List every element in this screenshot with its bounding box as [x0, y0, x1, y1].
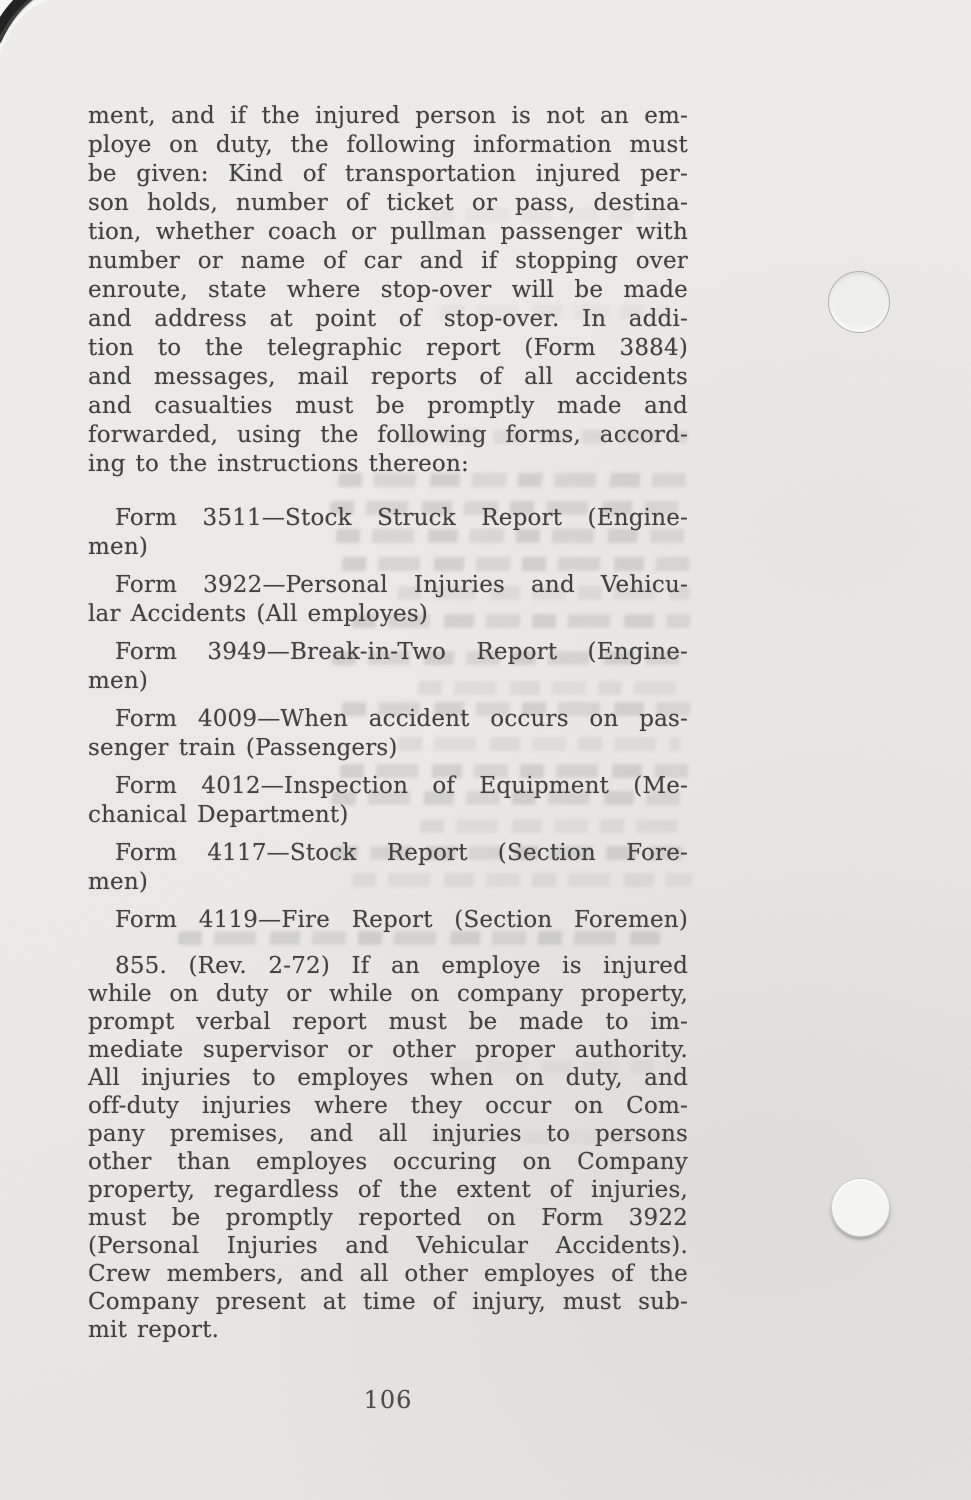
- text-line: tion, whether coach or pullman passenger…: [88, 218, 688, 247]
- text-line: be given: Kind of transportation injured…: [88, 160, 688, 189]
- text-line: senger train (Passengers): [88, 734, 688, 763]
- text-line: Crew members, and all other employes of …: [88, 1260, 688, 1288]
- text-line: must be promptly reported on Form 3922: [88, 1204, 688, 1232]
- text-line: men): [88, 868, 688, 897]
- form-list-item-3511: Form 3511—Stock Struck Report (Engine- m…: [88, 504, 688, 562]
- page-number: 106: [88, 1386, 688, 1414]
- text-line: men): [88, 667, 688, 696]
- form-list-item-3949: Form 3949—Break-in-Two Report (Engine- m…: [88, 638, 688, 696]
- text-line: other than employes occuring on Company: [88, 1148, 688, 1176]
- text-line: Form 3922—Personal Injuries and Vehicu-: [88, 571, 688, 600]
- text-line: Form 4117—Stock Report (Section Fore-: [88, 839, 688, 868]
- text-line: while on duty or while on company proper…: [88, 980, 688, 1008]
- text-line: All injuries to employes when on duty, a…: [88, 1064, 688, 1092]
- text-line: Form 4012—Inspection of Equipment (Me-: [88, 772, 688, 801]
- text-line: off-duty injuries where they occur on Co…: [88, 1092, 688, 1120]
- text-line: (Personal Injuries and Vehicular Acciden…: [88, 1232, 688, 1260]
- text-line: property, regardless of the extent of in…: [88, 1176, 688, 1204]
- text-line: pany premises, and all injuries to perso…: [88, 1120, 688, 1148]
- text-line: Form 3511—Stock Struck Report (Engine-: [88, 504, 688, 533]
- text-line: tion to the telegraphic report (Form 388…: [88, 334, 688, 363]
- paragraph-continuation: ment, and if the injured person is not a…: [88, 102, 688, 479]
- text-line: and address at point of stop-over. In ad…: [88, 305, 688, 334]
- form-list-item-4119: Form 4119—Fire Report (Section Foremen): [88, 906, 688, 935]
- text-line: prompt verbal report must be made to im-: [88, 1008, 688, 1036]
- text-line: enroute, state where stop-over will be m…: [88, 276, 688, 305]
- text-line: ing to the instructions thereon:: [88, 450, 688, 479]
- text-line: and messages, mail reports of all accide…: [88, 363, 688, 392]
- text-line: Company present at time of injury, must …: [88, 1288, 688, 1316]
- text-line: son holds, number of ticket or pass, des…: [88, 189, 688, 218]
- form-list-item-3922: Form 3922—Personal Injuries and Vehicu- …: [88, 571, 688, 629]
- text-line: men): [88, 533, 688, 562]
- text-line: Form 3949—Break-in-Two Report (Engine-: [88, 638, 688, 667]
- text-line: chanical Department): [88, 801, 688, 830]
- form-list-item-4117: Form 4117—Stock Report (Section Fore- me…: [88, 839, 688, 897]
- text-line: 855. (Rev. 2-72) If an employe is injure…: [88, 952, 688, 980]
- text-line: forwarded, using the following forms, ac…: [88, 421, 688, 450]
- punch-hole-top: [828, 271, 890, 333]
- page-curl-corner-icon: [0, 0, 120, 120]
- text-line: Form 4009—When accident occurs on pas-: [88, 705, 688, 734]
- text-line: mediate supervisor or other proper autho…: [88, 1036, 688, 1064]
- form-list-item-4009: Form 4009—When accident occurs on pas- s…: [88, 705, 688, 763]
- scanned-book-page: ment, and if the injured person is not a…: [0, 0, 971, 1500]
- form-list-item-4012: Form 4012—Inspection of Equipment (Me- c…: [88, 772, 688, 830]
- text-line: ment, and if the injured person is not a…: [88, 102, 688, 131]
- text-line: mit report.: [88, 1316, 688, 1344]
- rule-855-paragraph: 855. (Rev. 2-72) If an employe is injure…: [88, 952, 688, 1344]
- text-line: lar Accidents (All employes): [88, 600, 688, 629]
- text-line: number or name of car and if stopping ov…: [88, 247, 688, 276]
- text-column: ment, and if the injured person is not a…: [88, 102, 688, 1344]
- text-line: ploye on duty, the following information…: [88, 131, 688, 160]
- punch-hole-bottom: [831, 1178, 890, 1237]
- text-line: and casualties must be promptly made and: [88, 392, 688, 421]
- text-line: Form 4119—Fire Report (Section Foremen): [88, 906, 688, 935]
